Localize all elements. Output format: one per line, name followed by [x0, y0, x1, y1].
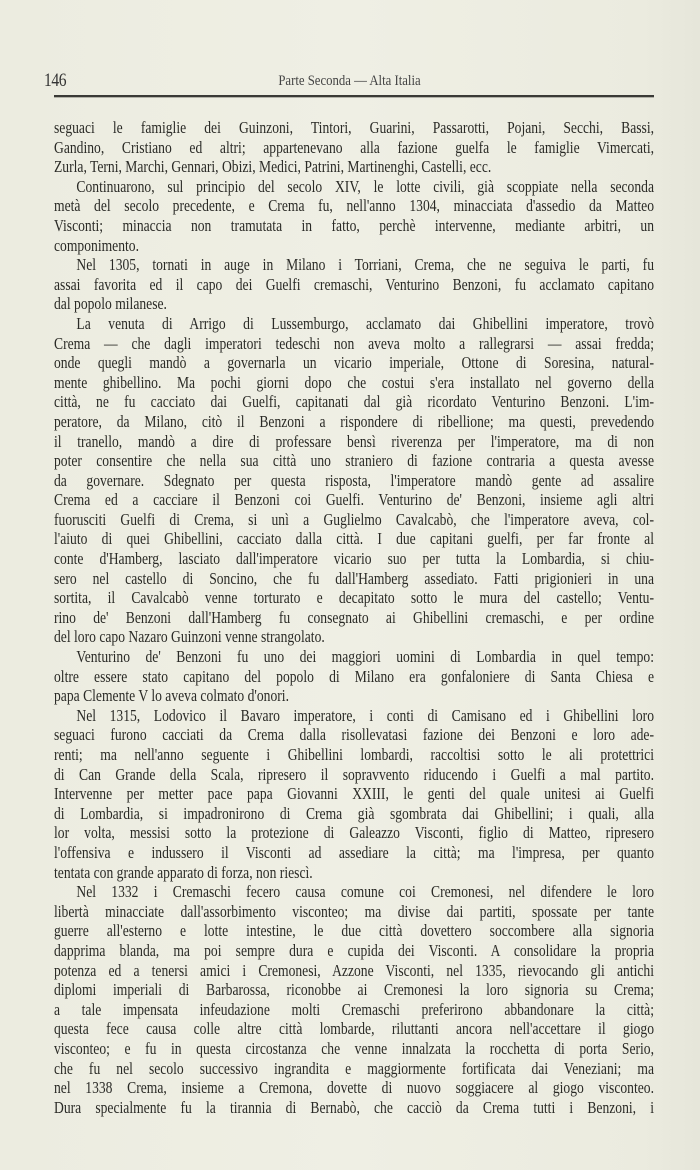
page-number: 146 [44, 70, 66, 92]
text-line: renti; ma nell'anno seguente i Ghibellin… [54, 745, 654, 765]
text-line: potenza ed a tenersi amici i Cremonesi, … [54, 961, 654, 981]
header-rule-shadow [54, 97, 654, 98]
text-line: libertà minacciate dall'assorbimento vis… [54, 902, 654, 922]
text-line: peratore, da Milano, citò il Benzoni a r… [54, 412, 654, 432]
text-line: a tale impensata infeudazione molti Crem… [54, 1000, 654, 1020]
text-line: Gandino, Cristiano ed altri; apparteneva… [54, 138, 654, 158]
text-line: l'aiuto di quei Ghibellini, cacciato dal… [54, 529, 654, 549]
running-head: 146 Parte Seconda — Alta Italia [42, 70, 657, 92]
text-line: onde quegli mandò a governarla un vicari… [54, 353, 654, 373]
text-line: assai favorita ed il capo dei Guelfi cre… [54, 275, 654, 295]
text-line: papa Clemente V lo aveva colmato d'onori… [54, 686, 654, 706]
text-line: sero nel castello di Soncino, che fu dal… [54, 569, 654, 589]
text-line: lor volta, messisi sotto la protezione d… [54, 823, 654, 843]
text-line: Nel 1315, Lodovico il Bavaro imperatore,… [54, 706, 654, 726]
text-line: Nel 1305, tornati in auge in Milano i To… [54, 255, 654, 275]
text-line: conte d'Hamberg, lasciato dall'imperator… [54, 549, 654, 569]
text-line: tentata con grande apparato di forza, no… [54, 863, 654, 883]
text-line: seguaci le famiglie dei Guinzoni, Tintor… [54, 118, 654, 138]
text-line: metà del secolo precedente, e Crema fu, … [54, 196, 654, 216]
text-line: sortita, il Cavalcabò venne torturato e … [54, 588, 654, 608]
text-line: di Can Grande della Scala, ripresero il … [54, 765, 654, 785]
text-line: che fu nel secolo successivo ingrandita … [54, 1059, 654, 1079]
text-line: Visconti; minaccia non tramutata in fatt… [54, 216, 654, 236]
text-line: Crema ed a cacciare il Benzoni coi Guelf… [54, 490, 654, 510]
text-line: da governare. Sdegnato per questa rispos… [54, 471, 654, 491]
text-line: di Lombardia, si impadronirono di Crema … [54, 804, 654, 824]
text-line: città, ne fu cacciato dai Guelfi, capita… [54, 392, 654, 412]
text-line: il tranello, mandò a dire di professare … [54, 432, 654, 452]
text-line: mente ghibellino. Ma pochi giorni dopo c… [54, 373, 654, 393]
text-line: Dura specialmente fu la tirannia di Bern… [54, 1098, 654, 1118]
text-line: La venuta di Arrigo di Lussemburgo, accl… [54, 314, 654, 334]
text-line: questa fece causa colle altre città lomb… [54, 1019, 654, 1039]
running-title: Parte Seconda — Alta Italia [88, 73, 611, 90]
text-line: l'offensiva e indussero il Visconti ad a… [54, 843, 654, 863]
text-line: dapprima blanda, ma poi sempre dura e cu… [54, 941, 654, 961]
text-line: Nel 1332 i Cremaschi fecero causa comune… [54, 882, 654, 902]
text-line: Intervenne per metter pace papa Giovanni… [54, 784, 654, 804]
text-line: rino de' Benzoni dall'Hamberg fu consegn… [54, 608, 654, 628]
text-line: diplomi imperiali di Barbarossa, riconob… [54, 980, 654, 1000]
body-text: seguaci le famiglie dei Guinzoni, Tintor… [54, 118, 654, 1117]
text-line: Crema — che dagli imperatori tedeschi no… [54, 334, 654, 354]
text-line: Venturino de' Benzoni fu uno dei maggior… [54, 647, 654, 667]
text-line: Zurla, Terni, Marchi, Gennari, Obizi, Me… [54, 157, 654, 177]
text-line: visconteo; e fu in questa circostanza ch… [54, 1039, 654, 1059]
book-page: 146 Parte Seconda — Alta Italia seguaci … [0, 0, 700, 1170]
text-line: del loro capo Nazaro Guinzoni venne stra… [54, 627, 654, 647]
text-line: poter consentire che nella sua città uno… [54, 451, 654, 471]
text-line: nel 1338 Crema, insieme a Cremona, dovet… [54, 1078, 654, 1098]
text-line: dal popolo milanese. [54, 294, 654, 314]
text-line: fuorusciti Guelfi di Crema, si unì a Gug… [54, 510, 654, 530]
text-line: oltre essere stato capitano del popolo d… [54, 667, 654, 687]
text-line: guerre all'esterno e lotte intestine, le… [54, 921, 654, 941]
text-line: seguaci furono cacciati da Crema dalla r… [54, 725, 654, 745]
text-line: componimento. [54, 236, 654, 256]
text-line: Continuarono, sul principio del secolo X… [54, 177, 654, 197]
